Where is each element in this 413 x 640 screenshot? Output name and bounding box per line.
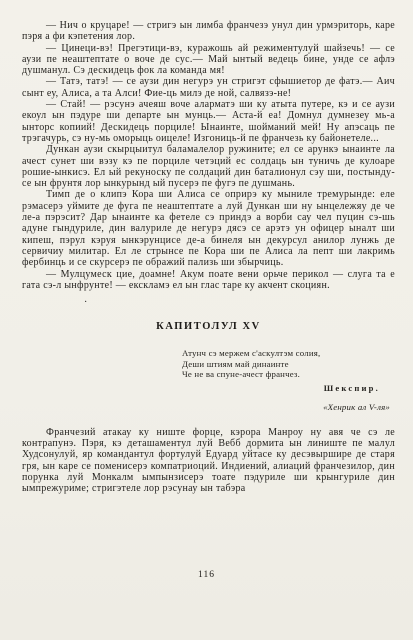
epigraph-source: «Хенрик ал V-ля»: [182, 402, 394, 412]
paragraph: — Стай! — рэсунэ ачеяш воче аларматэ ши …: [22, 99, 395, 144]
epigraph: Атунч сэ мержем с'аскултэм солия, Деши ш…: [182, 348, 394, 413]
page-number: 116: [0, 570, 413, 580]
paragraph: — Цинеци-вэ! Прегэтици-вэ, куражошь ай р…: [22, 43, 395, 77]
paragraph: — Татэ, татэ! — се аузи дин негурэ ун ст…: [22, 76, 395, 99]
text-block-top: — Нич о круцаре! — стригэ ын лимба франч…: [22, 20, 395, 291]
book-page: — Нич о круцаре! — стригэ ын лимба франч…: [0, 0, 413, 640]
paragraph: Франчезий атакау ку ниште форце, кэрора …: [22, 427, 395, 495]
paragraph: — Нич о круцаре! — стригэ ын лимба франч…: [22, 20, 395, 43]
epigraph-line: Че не ва спуне-ачест франчез.: [182, 369, 394, 379]
text-block-bottom: Франчезий атакау ку ниште форце, кэрора …: [22, 427, 395, 495]
section-separator-dot: ·: [22, 297, 395, 309]
paragraph: Тимп де о клипэ Кора ши Алиса се оприрэ …: [22, 189, 395, 268]
paragraph: — Мулцумеск цие, доамне! Акум поате вени…: [22, 269, 395, 292]
paragraph: Дункан аузи скырцыитул баламалелор ружин…: [22, 144, 395, 189]
chapter-title: КАПИТОЛУЛ XV: [22, 321, 395, 332]
epigraph-line: Атунч сэ мержем с'аскултэм солия,: [182, 348, 394, 358]
epigraph-line: Деши штиям май динаинте: [182, 359, 394, 369]
epigraph-attribution: Шекспир.: [182, 383, 394, 393]
